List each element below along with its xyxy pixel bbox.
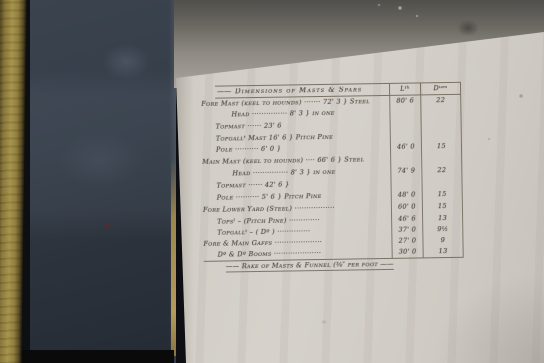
column-header-diameter: Dⁱᵃᵐ — [420, 83, 461, 95]
title-text: Dimensions of Masts & Spars — [235, 86, 362, 95]
row-length: 27' 0 — [391, 235, 422, 246]
row-label: Dº & Dº Booms ···················· — [204, 247, 392, 261]
row-length: 60' 0 — [391, 200, 422, 213]
row-length — [389, 106, 420, 117]
row-length: 46' 6 — [391, 213, 422, 224]
red-speck — [106, 224, 109, 228]
row-diameter: 22 — [421, 165, 462, 177]
row-diameter — [421, 130, 462, 142]
row-length: 30' 0 — [392, 246, 423, 257]
title-dash: —— — [217, 87, 231, 95]
gilt-fillet-line — [171, 158, 176, 356]
frame-bottom-rail — [22, 350, 174, 363]
column-header-length: Lᵗʰ — [389, 83, 420, 94]
dark-mount-panel — [30, 0, 176, 363]
row-length: 80' 6 — [389, 95, 420, 106]
row-length: 48' 0 — [391, 189, 422, 200]
row-diameter: 15 — [422, 189, 463, 201]
row-length — [390, 176, 421, 189]
row-length — [390, 130, 421, 141]
row-diameter — [421, 176, 462, 190]
row-length: 74' 9 — [390, 165, 421, 176]
row-length: 37' 0 — [391, 224, 422, 235]
table-body: Fore Mast (keel to hounds) ······· 72' 3… — [201, 95, 464, 262]
row-diameter: 13 — [422, 213, 463, 225]
row-diameter: 22 — [420, 95, 461, 107]
table-title: ——Dimensions of Masts & Spars — [215, 86, 389, 96]
row-length — [390, 152, 421, 165]
row-length — [390, 117, 421, 130]
row-length: 46' 0 — [390, 141, 421, 152]
gilt-frame-edge — [0, 0, 27, 363]
row-diameter: 15 — [422, 200, 463, 214]
row-diameter: 15 — [421, 141, 462, 153]
row-diameter: 13 — [423, 246, 464, 258]
row-diameter — [421, 152, 462, 166]
row-diameter: 9 — [422, 235, 463, 247]
row-diameter — [420, 106, 461, 118]
framed-drawing-photo: ——Dimensions of Masts & Spars Lᵗʰ Dⁱᵃᵐ F… — [0, 0, 544, 363]
row-diameter: 9½ — [422, 224, 463, 236]
dimensions-table: ——Dimensions of Masts & Spars Lᵗʰ Dⁱᵃᵐ F… — [193, 82, 464, 271]
row-diameter — [421, 117, 462, 131]
